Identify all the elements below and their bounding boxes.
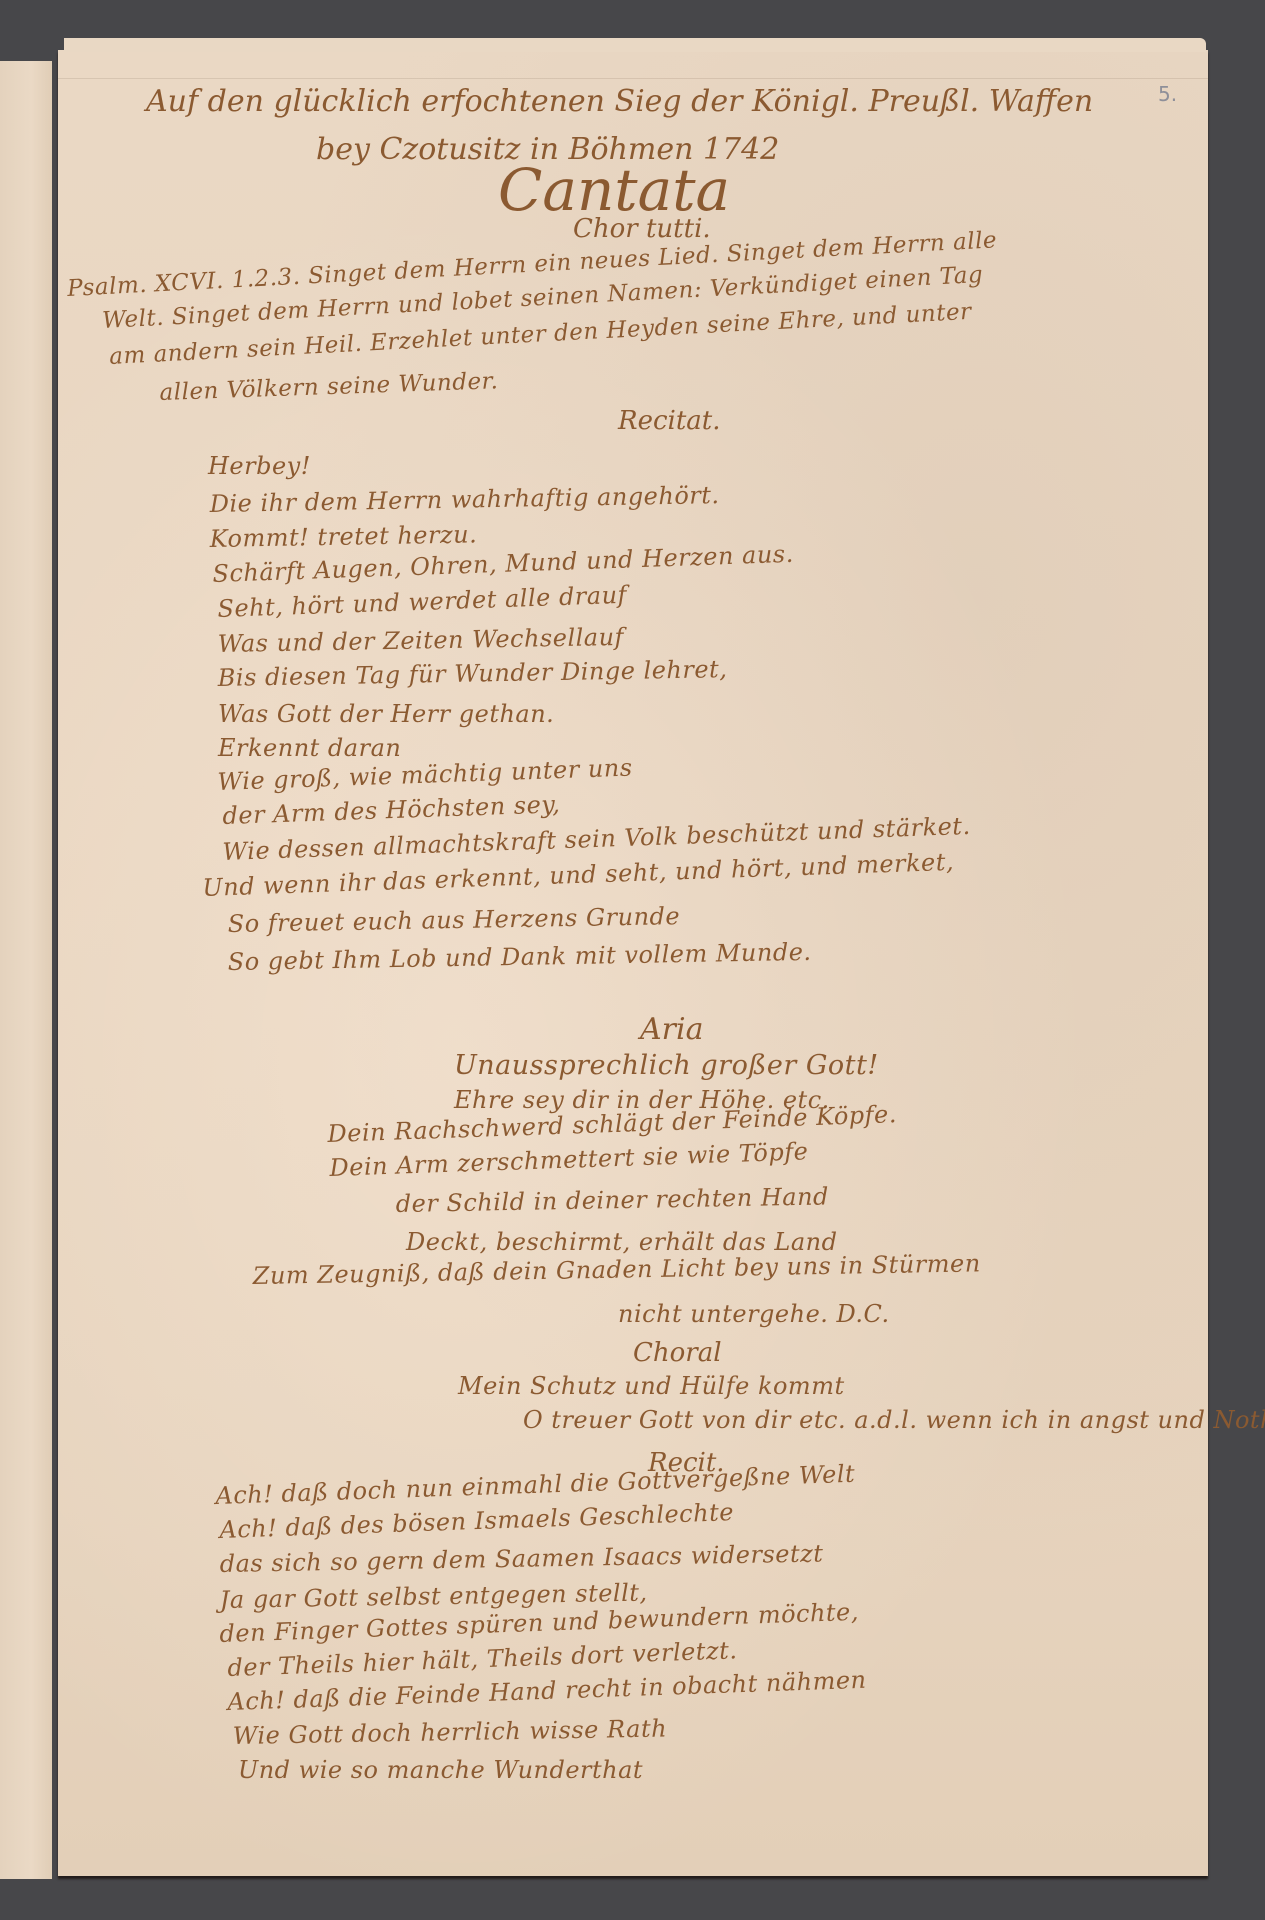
manuscript-page: 5. Auf den glücklich erfochtenen Sieg de… [58, 50, 1208, 1876]
recit-2-line: Ach! daß doch nun einmahl die Gottvergeß… [215, 1460, 856, 1510]
recit-line: Was Gott der Herr gethan. [218, 700, 554, 728]
recit-line: So gebt Ihm Lob und Dank mit vollem Mund… [228, 938, 812, 976]
recit-line: der Arm des Höchsten sey, [222, 790, 561, 830]
page-fold [58, 78, 1208, 79]
recit-line: So freuet euch aus Herzens Grunde [228, 902, 681, 938]
choral-line: O treuer Gott von dir etc. a.d.l. wenn i… [523, 1406, 1265, 1434]
recit-2-line: das sich so gern dem Saamen Isaacs wider… [220, 1539, 824, 1578]
aria-line: der Schild in deiner rechten Hand [396, 1182, 830, 1218]
recit-line: Die ihr dem Herrn wahrhaftig angehört. [210, 481, 720, 518]
recit-line: Was und der Zeiten Wechsellauf [218, 623, 625, 658]
page-number: 5. [1158, 82, 1177, 106]
aria-line: Deckt, beschirmt, erhält das Land [406, 1228, 838, 1256]
psalm-line: allen Völkern seine Wunder. [159, 368, 499, 406]
recit-2-line: Wie Gott doch herrlich wisse Rath [233, 1714, 668, 1750]
aria-label: Aria [640, 1012, 704, 1047]
recitativo-1-label: Recitat. [618, 406, 721, 436]
choral-line: Mein Schutz und Hülfe kommt [458, 1372, 845, 1400]
choral-label: Choral [633, 1338, 722, 1368]
recit-line: Bis diesen Tag für Wunder Dinge lehret, [218, 655, 728, 692]
recit-2-line: Und wie so manche Wunderthat [238, 1756, 643, 1784]
recit-line: Seht, hört und werdet alle drauf [217, 581, 627, 623]
recit-line: Herbey! [208, 452, 311, 480]
aria-line: Zum Zeugniß, daß dein Gnaden Licht bey u… [253, 1249, 981, 1290]
recit-line: Kommt! tretet herzu. [210, 520, 478, 553]
aria-line: nicht untergehe. D.C. [618, 1300, 890, 1328]
page-top-edge [64, 38, 1206, 52]
adjacent-page-edge [0, 61, 52, 1879]
aria-line: Unaussprechlich großer Gott! [454, 1050, 879, 1081]
recit-line: Erkennt daran [218, 734, 401, 762]
chor-label: Chor tutti. [573, 214, 711, 244]
title-line-1: Auf den glücklich erfochtenen Sieg der K… [146, 84, 1093, 119]
